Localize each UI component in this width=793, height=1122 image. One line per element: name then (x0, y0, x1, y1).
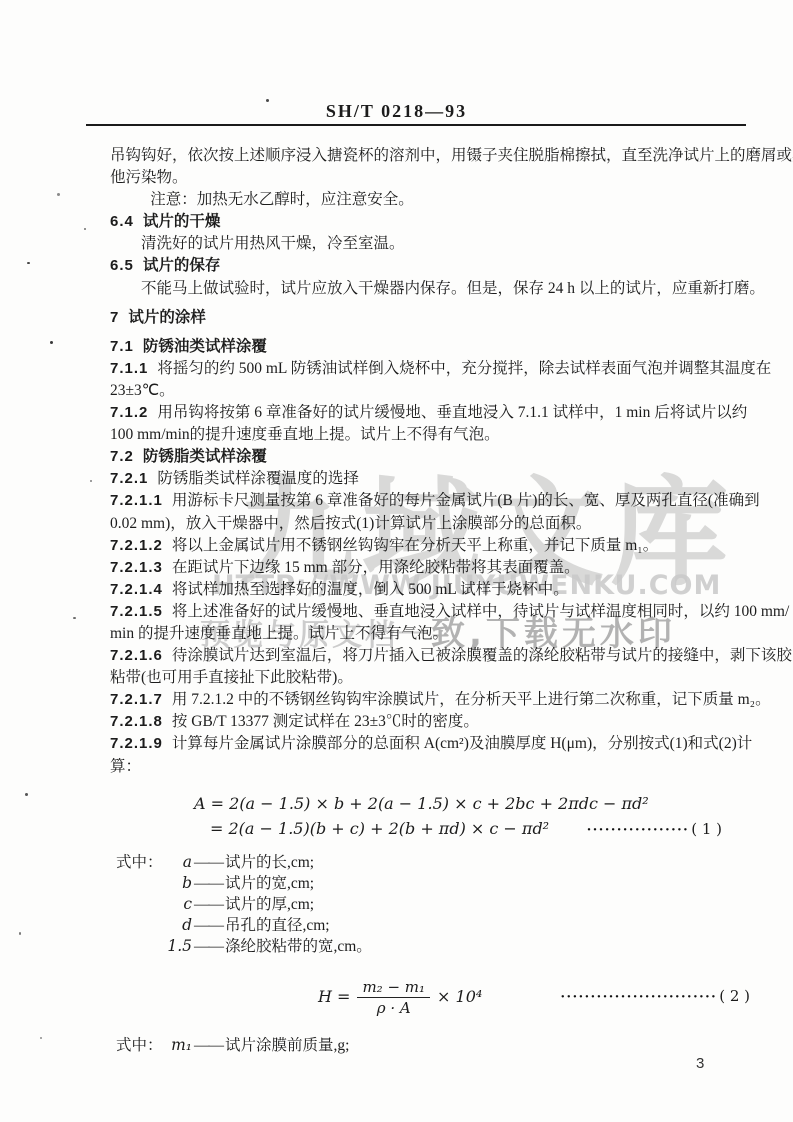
definition-row: 1.5——涤纶胶粘带的宽,cm。 (116, 936, 746, 957)
text-line: 清洗好的试片用热风干燥，冷至室温。 (110, 233, 746, 255)
text-line: min 的提升速度垂直地上提。试片上不得有气泡。 (110, 623, 746, 645)
clause-number: 7.2.1.2 (110, 537, 163, 554)
text-line: 7.1防锈油类试样涂覆 (110, 336, 746, 358)
text-line: 7试片的涂样 (110, 307, 746, 329)
formula-2-definitions: 式中：m₁——试片涂膜前质量,g; (116, 1035, 746, 1056)
scan-speck (27, 262, 30, 264)
formula-1-dotted-leader: ················· (587, 823, 689, 838)
formula-2-equation: H = m₂ − m₁ ρ · A × 10⁴ (318, 978, 482, 1017)
scan-speck (40, 1037, 42, 1039)
formula-1-leader-group: ·················( 1 ) (587, 816, 722, 843)
definition-description: 试片涂膜前质量,g; (225, 1037, 349, 1054)
definition-symbol: m₁ (166, 1035, 192, 1056)
definition-symbol: a (166, 852, 192, 873)
clause-number: 7.2.1.6 (110, 647, 163, 664)
definition-symbol: d (166, 915, 192, 936)
paragraphs: 吊钩钩好，依次按上述顺序浸入搪瓷杯的溶剂中，用镊子夹住脱脂棉擦拭，直至洗净试片上… (110, 145, 746, 778)
clause-number: 7.2.1.8 (110, 713, 163, 730)
formula-2-line: H = m₂ − m₁ ρ · A × 10⁴ ················… (318, 978, 750, 1017)
scan-speck (25, 793, 28, 796)
scan-speck (50, 341, 53, 344)
definition-row: 式中：a——试片的长,cm; (116, 852, 746, 873)
definition-row: d——吊孔的直径,cm; (116, 915, 746, 936)
formula-2-number: ( 2 ) (719, 985, 750, 1007)
definition-lead: 式中： (116, 852, 166, 873)
definition-dash: —— (194, 875, 223, 892)
formula-2-fraction: m₂ − m₁ ρ · A (357, 978, 430, 1017)
scan-speck (756, 160, 758, 162)
scan-speck (57, 193, 60, 196)
formula-2-factor: × 10⁴ (437, 986, 482, 1008)
definition-row: c——试片的厚,cm; (116, 894, 746, 915)
text-line: 23±3℃。 (110, 380, 746, 402)
text-line: 7.2.1.4将试样加热至选择好的温度，倒入 500 mL 试样于烧杯中。 (110, 579, 746, 601)
scan-speck (19, 932, 21, 935)
text-line: 7.2.1.2将以上金属试片用不锈钢丝钩钩牢在分析天平上称重，并记下质量 m₁。 (110, 535, 746, 557)
definition-description: 吊孔的直径,cm; (225, 917, 330, 934)
definition-dash: —— (194, 938, 223, 955)
clause-number: 7.2.1.7 (110, 691, 163, 708)
clause-number: 7 (110, 309, 119, 326)
definition-description: 试片的宽,cm; (225, 875, 314, 892)
clause-number: 7.1 (110, 338, 134, 355)
clause-number: 7.2.1.1 (110, 492, 163, 509)
text-line: 7.2.1.8按 GB/T 13377 测定试样在 23±3℃时的密度。 (110, 711, 746, 733)
clause-number: 7.2.1.5 (110, 603, 163, 620)
formula-1-equation-line-2: = 2(a − 1.5)(b + c) + 2(b + πd) × c − πd… (194, 816, 549, 841)
definition-description: 试片的长,cm; (225, 854, 314, 871)
definition-dash: —— (194, 896, 223, 913)
text-line: 100 mm/min的提升速度垂直地上提。试片上不得有气泡。 (110, 424, 746, 446)
document-page: { "page": { "header_code": "SH/T 0218—93… (0, 0, 793, 1122)
text-line: 7.2.1.7用 7.2.1.2 中的不锈钢丝钩钩牢涂膜试片，在分析天平上进行第… (110, 689, 746, 711)
text-line: 7.2.1防锈脂类试样涂覆温度的选择 (110, 468, 746, 490)
formula-area-2: H = m₂ − m₁ ρ · A × 10⁴ ················… (110, 978, 746, 1017)
definition-row: b——试片的宽,cm; (116, 873, 746, 894)
definition-description: 涤纶胶粘带的宽,cm。 (225, 938, 372, 955)
text-line: 粘带(也可用手直接扯下此胶粘带)。 (110, 667, 746, 689)
formula-1-equation-line-1: A = 2(a − 1.5) × b + 2(a − 1.5) × c + 2b… (194, 791, 649, 816)
standard-code-header: SH/T 0218—93 (0, 101, 793, 122)
definition-symbol: c (166, 894, 192, 915)
page-number: 3 (696, 1055, 704, 1072)
definition-symbol: b (166, 873, 192, 894)
clause-number: 7.2.1.4 (110, 581, 163, 598)
formula-2-denominator: ρ · A (357, 998, 430, 1017)
formula-2-leader-group: ··························( 2 ) (561, 985, 750, 1009)
formula-1-line-1: A = 2(a − 1.5) × b + 2(a − 1.5) × c + 2b… (194, 791, 722, 816)
text-line: 注意：加热无水乙醇时，应注意安全。 (110, 189, 746, 211)
text-line: 7.2.1.6待涂膜试片达到室温后，将刀片插入已被涂膜覆盖的涤纶胶粘带与试片的接… (110, 645, 746, 667)
text-line: 吊钩钩好，依次按上述顺序浸入搪瓷杯的溶剂中，用镊子夹住脱脂棉擦拭，直至洗净试片上… (110, 145, 746, 167)
text-line: 不能马上做试验时，试片应放入干燥器内保存。但是，保存 24 h 以上的试片，应重… (110, 278, 746, 300)
text-line: 7.2防锈脂类试样涂覆 (110, 446, 746, 468)
definition-dash: —— (194, 1037, 223, 1054)
definition-symbol: 1.5 (166, 936, 192, 957)
clause-number: 7.1.1 (110, 360, 148, 377)
text-line: 7.1.2用吊钩将按第 6 章准备好的试片缓慢地、垂直地浸入 7.1.1 试样中… (110, 402, 746, 424)
clause-number: 6.4 (110, 213, 134, 230)
definition-description: 试片的厚,cm; (225, 896, 314, 913)
text-line: 6.4试片的干燥 (110, 211, 746, 233)
text-line: 0.02 mm)，放入干燥器中，然后按式(1)计算试片上涂膜部分的总面积。 (110, 513, 746, 535)
formula-area-1: A = 2(a − 1.5) × b + 2(a − 1.5) × c + 2b… (110, 791, 746, 843)
header-rule (86, 124, 746, 126)
text-line: 6.5试片的保存 (110, 255, 746, 277)
clause-number: 7.2.1.9 (110, 735, 163, 752)
definition-lead: 式中： (116, 1035, 166, 1056)
formula-2-lhs: H = (318, 986, 350, 1008)
definition-row: 式中：m₁——试片涂膜前质量,g; (116, 1035, 746, 1056)
clause-number: 7.1.2 (110, 404, 148, 421)
text-line: 7.1.1将摇匀的约 500 mL 防锈油试样倒入烧杯中，充分搅拌，除去试样表面… (110, 358, 746, 380)
formula-2-numerator: m₂ − m₁ (357, 978, 430, 998)
definition-dash: —— (194, 917, 223, 934)
text-line: 他污染物。 (110, 167, 746, 189)
text-line: 7.2.1.1用游标卡尺测量按第 6 章准备好的每片金属试片(B 片)的长、宽、… (110, 490, 746, 512)
clause-number: 7.2.1.3 (110, 559, 163, 576)
text-line: 7.2.1.5将上述准备好的试片缓慢地、垂直地浸入试样中，待试片与试样温度相同时… (110, 601, 746, 623)
scan-speck (84, 228, 86, 230)
scan-speck (90, 480, 92, 482)
formula-1-definitions: 式中：a——试片的长,cm;b——试片的宽,cm;c——试片的厚,cm;d——吊… (116, 852, 746, 958)
formula-2-dotted-leader: ·························· (561, 987, 718, 1009)
text-line: 7.2.1.3在距试片下边缘 15 mm 部分，用涤纶胶粘带将其表面覆盖。 (110, 557, 746, 579)
formula-1-line-2: = 2(a − 1.5)(b + c) + 2(b + πd) × c − πd… (194, 816, 722, 843)
formula-1-number: ( 1 ) (691, 820, 722, 838)
text-line: 算： (110, 756, 746, 778)
scan-speck (73, 617, 76, 619)
clause-number: 7.2.1 (110, 470, 148, 487)
text-line: 7.2.1.9计算每片金属试片涂膜部分的总面积 A(cm²)及油膜厚度 H(μm… (110, 733, 746, 755)
scan-speck (266, 99, 269, 102)
document-body: 吊钩钩好，依次按上述顺序浸入搪瓷杯的溶剂中，用镊子夹住脱脂棉擦拭，直至洗净试片上… (110, 145, 746, 1056)
definition-dash: —— (194, 854, 223, 871)
clause-number: 6.5 (110, 257, 134, 274)
clause-number: 7.2 (110, 448, 134, 465)
